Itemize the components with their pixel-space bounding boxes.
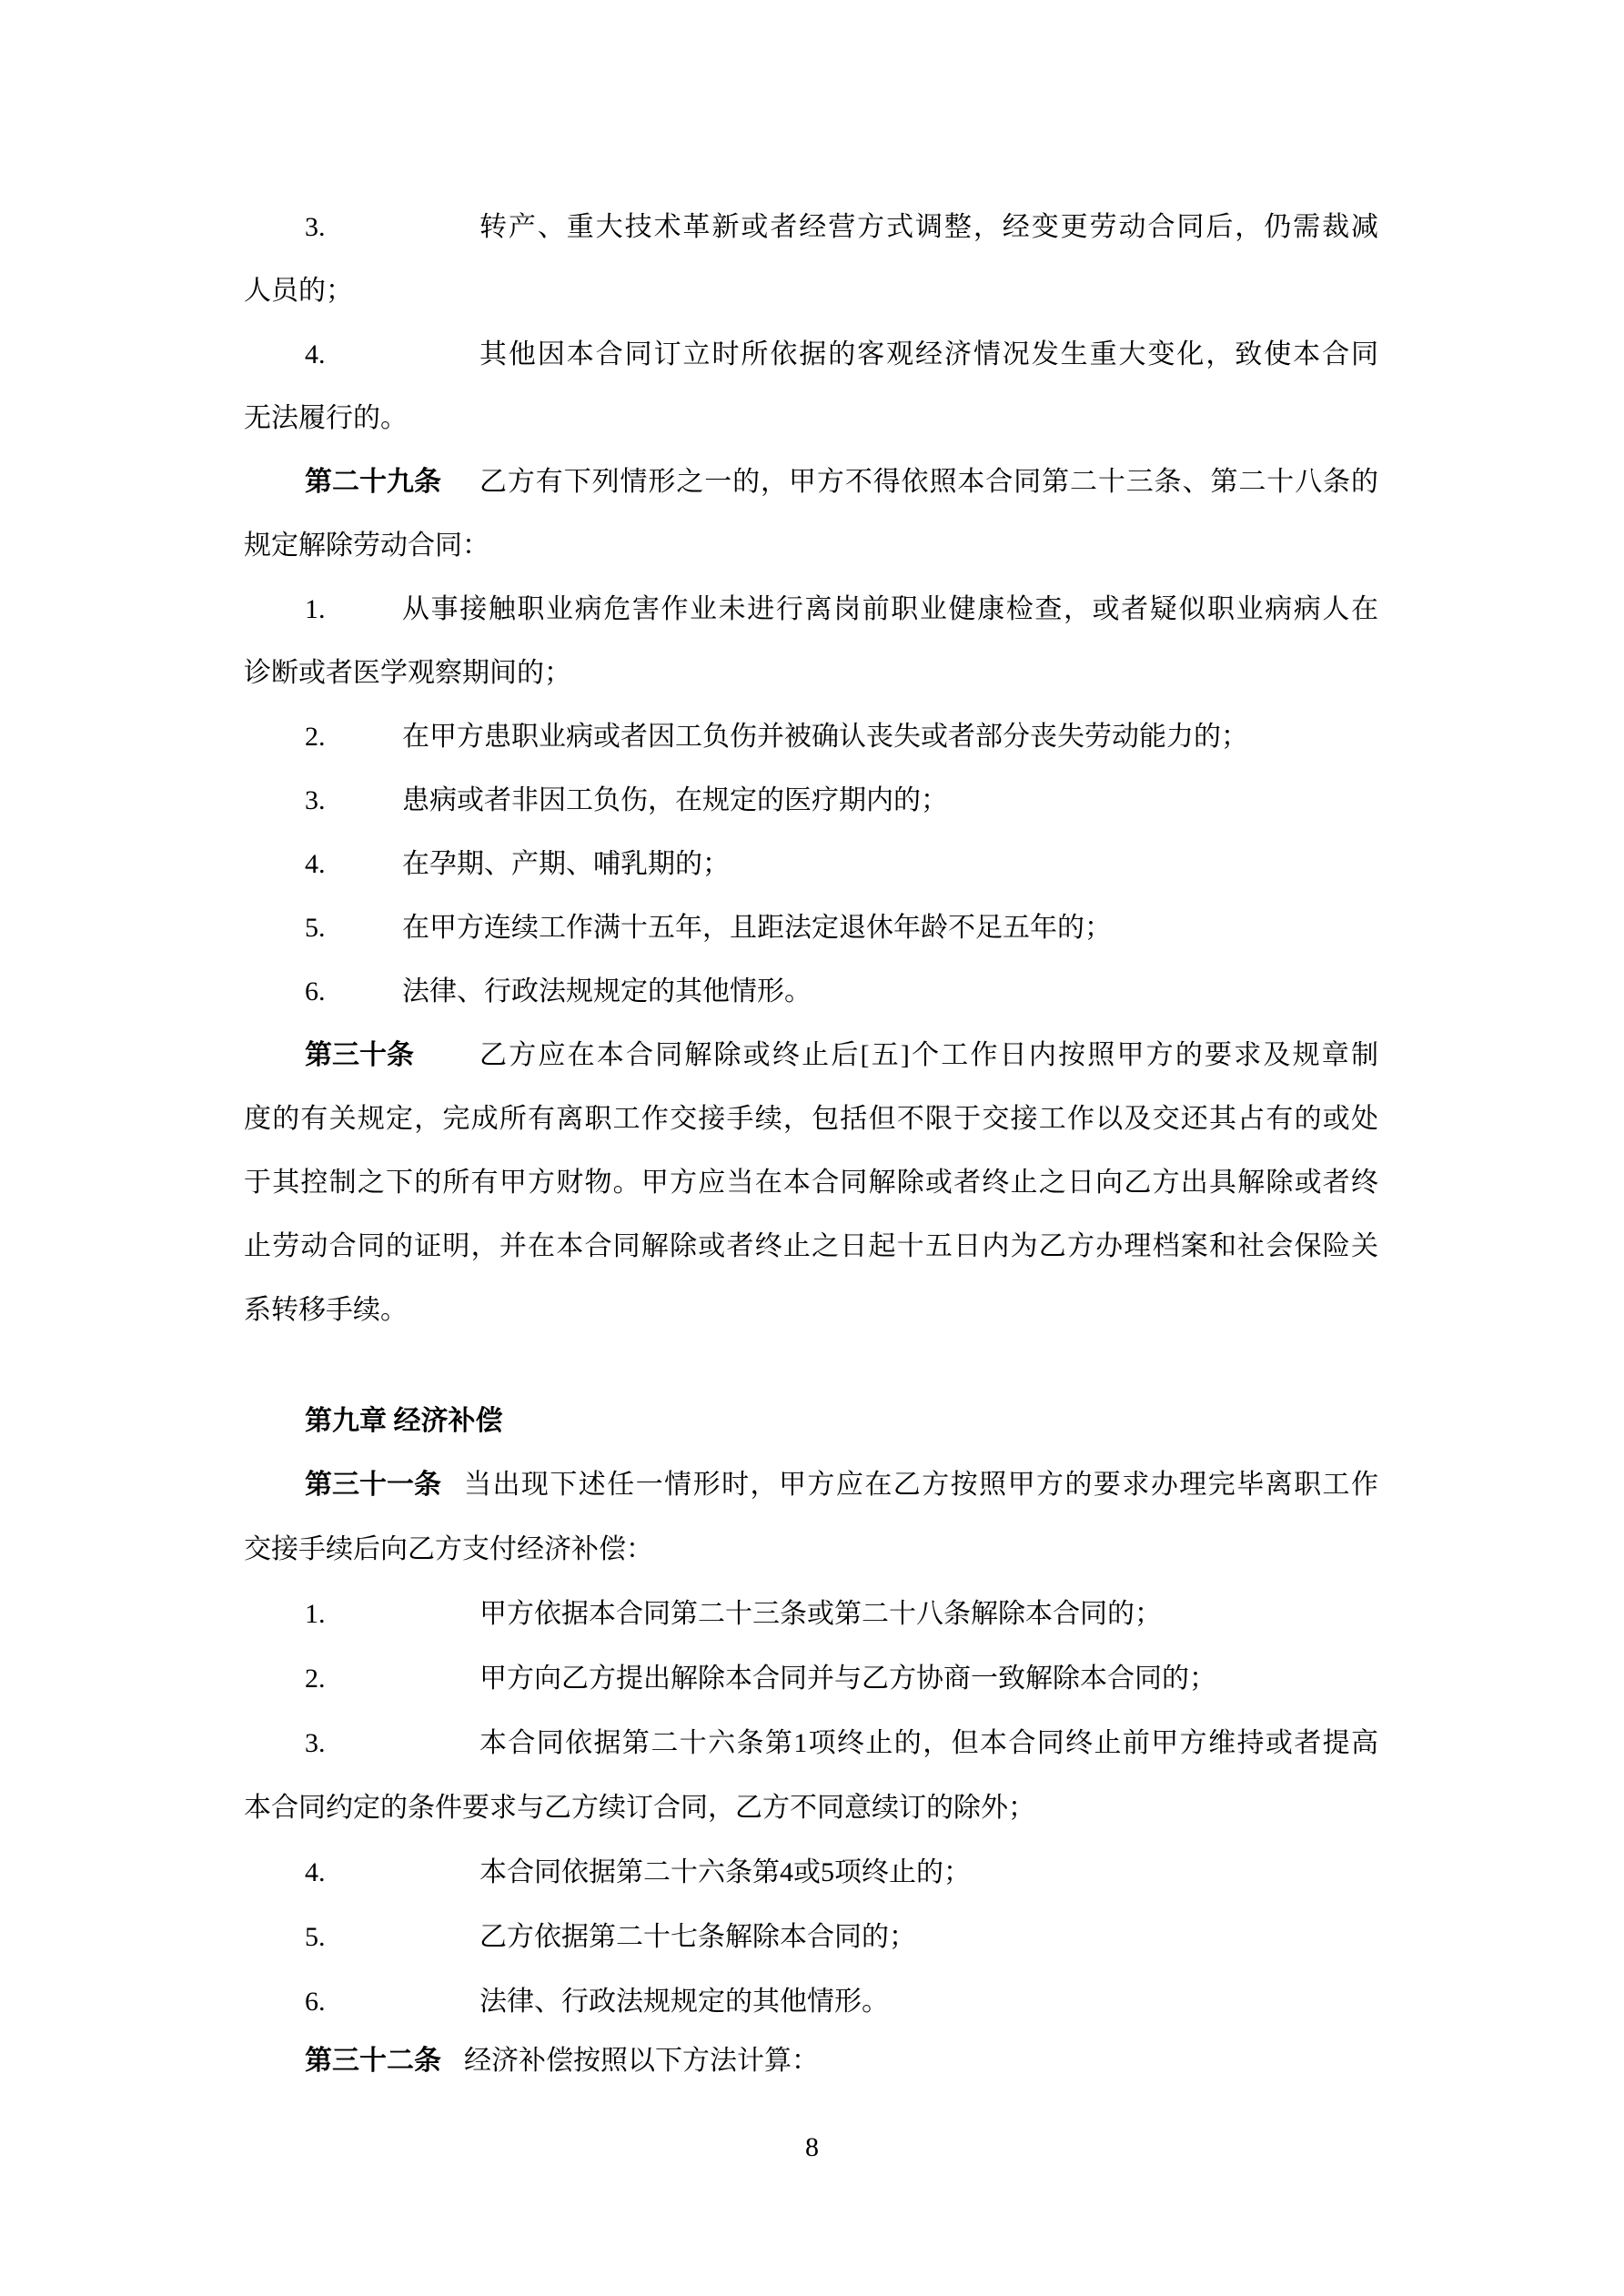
article-text: 乙方应在本合同解除或终止后[五]个工作日内按照甲方的要求及规章制: [479, 1024, 1378, 1087]
item-number: 6.: [305, 960, 326, 1024]
article-label: 第三十一条: [305, 1453, 441, 1517]
item-number: 3.: [305, 196, 326, 259]
paragraph-line: 规定解除劳动合同：: [0, 514, 1624, 578]
list-item-line: 3. 本合同依据第二十六条第1项终止的，但本合同终止前甲方维持或者提高: [0, 1712, 1624, 1775]
paragraph-text: 诊断或者医学观察期间的；: [244, 642, 571, 705]
item-number: 6.: [305, 1970, 326, 2034]
article-line: 第三十一条 当出现下述任一情形时，甲方应在乙方按照甲方的要求办理完毕离职工作: [0, 1453, 1624, 1517]
item-number: 3.: [305, 769, 326, 833]
article-text: 乙方有下列情形之一的，甲方不得依照本合同第二十三条、第二十八条的: [479, 450, 1378, 514]
item-text: 从事接触职业病危害作业未进行离岗前职业健康检查，或者疑似职业病病人在: [402, 578, 1378, 642]
item-number: 1.: [305, 578, 326, 642]
item-number: 5.: [305, 1906, 326, 1969]
item-text: 在孕期、产期、哺乳期的；: [402, 833, 730, 896]
chapter-heading: 第九章 经济补偿: [305, 1390, 503, 1453]
list-item-line: 2. 在甲方患职业病或者因工负伤并被确认丧失或者部分丧失劳动能力的；: [0, 705, 1624, 769]
paragraph-text: 系转移手续。: [244, 1279, 408, 1342]
article-line: 第三十二条 经济补偿按照以下方法计算：: [0, 2029, 1624, 2093]
paragraph-text: 于其控制之下的所有甲方财物。甲方应当在本合同解除或者终止之日向乙方出具解除或者终: [244, 1151, 1378, 1215]
page-number-line: 8: [0, 2116, 1624, 2180]
article-label: 第二十九条: [305, 450, 441, 514]
article-text: 经济补偿按照以下方法计算：: [464, 2029, 819, 2093]
item-number: 4.: [305, 833, 326, 896]
list-item-line: 5. 在甲方连续工作满十五年，且距法定退休年龄不足五年的；: [0, 896, 1624, 960]
list-item-line: 3. 转产、重大技术革新或者经营方式调整，经变更劳动合同后，仍需裁减: [0, 196, 1624, 259]
list-item-line: 4. 本合同依据第二十六条第4或5项终止的；: [0, 1841, 1624, 1905]
paragraph-line: 交接手续后向乙方支付经济补偿：: [0, 1518, 1624, 1582]
list-item-line: 5. 乙方依据第二十七条解除本合同的；: [0, 1906, 1624, 1969]
item-text: 甲方向乙方提出解除本合同并与乙方协商一致解除本合同的；: [479, 1647, 1216, 1711]
item-number: 3.: [305, 1712, 326, 1775]
item-text: 乙方依据第二十七条解除本合同的；: [479, 1906, 916, 1969]
list-item-line: 4. 其他因本合同订立时所依据的客观经济情况发生重大变化，致使本合同: [0, 323, 1624, 387]
article-text: 当出现下述任一情形时，甲方应在乙方按照甲方的要求办理完毕离职工作: [464, 1453, 1378, 1517]
paragraph-text: 交接手续后向乙方支付经济补偿：: [244, 1518, 653, 1582]
paragraph-text: 本合同约定的条件要求与乙方续订合同，乙方不同意续订的除外；: [244, 1776, 1035, 1840]
item-text: 在甲方患职业病或者因工负伤并被确认丧失或者部分丧失劳动能力的；: [402, 705, 1248, 769]
list-item-line: 6. 法律、行政法规规定的其他情形。: [0, 960, 1624, 1024]
contract-document-page: 3. 转产、重大技术革新或者经营方式调整，经变更劳动合同后，仍需裁减 人员的； …: [0, 0, 1624, 2296]
paragraph-text: 人员的；: [244, 259, 353, 323]
item-text: 本合同依据第二十六条第4或5项终止的；: [479, 1841, 971, 1905]
paragraph-line: 系转移手续。: [0, 1279, 1624, 1342]
item-number: 5.: [305, 896, 326, 960]
item-text: 患病或者非因工负伤，在规定的医疗期内的；: [402, 769, 948, 833]
item-number: 4.: [305, 1841, 326, 1905]
item-number: 1.: [305, 1583, 326, 1646]
item-text: 转产、重大技术革新或者经营方式调整，经变更劳动合同后，仍需裁减: [479, 196, 1378, 259]
item-number: 2.: [305, 705, 326, 769]
paragraph-line: 本合同约定的条件要求与乙方续订合同，乙方不同意续订的除外；: [0, 1776, 1624, 1840]
paragraph-line: 人员的；: [0, 259, 1624, 323]
paragraph-text: 止劳动合同的证明，并在本合同解除或者终止之日起十五日内为乙方办理档案和社会保险关: [244, 1215, 1378, 1279]
item-text: 法律、行政法规规定的其他情形。: [402, 960, 812, 1024]
item-text: 在甲方连续工作满十五年，且距法定退休年龄不足五年的；: [402, 896, 1112, 960]
paragraph-line: 于其控制之下的所有甲方财物。甲方应当在本合同解除或者终止之日向乙方出具解除或者终: [0, 1151, 1624, 1215]
list-item-line: 2. 甲方向乙方提出解除本合同并与乙方协商一致解除本合同的；: [0, 1647, 1624, 1711]
article-label: 第三十条: [305, 1024, 414, 1087]
item-text: 本合同依据第二十六条第1项终止的，但本合同终止前甲方维持或者提高: [479, 1712, 1378, 1775]
item-text: 法律、行政法规规定的其他情形。: [479, 1970, 889, 2034]
item-number: 4.: [305, 323, 326, 387]
item-text: 其他因本合同订立时所依据的客观经济情况发生重大变化，致使本合同: [479, 323, 1378, 387]
page-number: 8: [0, 2116, 1624, 2180]
paragraph-text: 规定解除劳动合同：: [244, 514, 489, 578]
article-line: 第三十条 乙方应在本合同解除或终止后[五]个工作日内按照甲方的要求及规章制: [0, 1024, 1624, 1087]
item-number: 2.: [305, 1647, 326, 1711]
article-label: 第三十二条: [305, 2029, 441, 2093]
paragraph-line: 止劳动合同的证明，并在本合同解除或者终止之日起十五日内为乙方办理档案和社会保险关: [0, 1215, 1624, 1279]
item-text: 甲方依据本合同第二十三条或第二十八条解除本合同的；: [479, 1583, 1162, 1646]
list-item-line: 1. 甲方依据本合同第二十三条或第二十八条解除本合同的；: [0, 1583, 1624, 1646]
paragraph-line: 诊断或者医学观察期间的；: [0, 642, 1624, 705]
paragraph-line: 度的有关规定，完成所有离职工作交接手续，包括但不限于交接工作以及交还其占有的或处: [0, 1087, 1624, 1151]
article-line: 第二十九条 乙方有下列情形之一的，甲方不得依照本合同第二十三条、第二十八条的: [0, 450, 1624, 514]
list-item-line: 6. 法律、行政法规规定的其他情形。: [0, 1970, 1624, 2034]
chapter-heading-line: 第九章 经济补偿: [0, 1390, 1624, 1453]
list-item-line: 1. 从事接触职业病危害作业未进行离岗前职业健康检查，或者疑似职业病病人在: [0, 578, 1624, 642]
list-item-line: 4. 在孕期、产期、哺乳期的；: [0, 833, 1624, 896]
paragraph-text: 无法履行的。: [244, 387, 408, 450]
list-item-line: 3. 患病或者非因工负伤，在规定的医疗期内的；: [0, 769, 1624, 833]
paragraph-line: 无法履行的。: [0, 387, 1624, 450]
paragraph-text: 度的有关规定，完成所有离职工作交接手续，包括但不限于交接工作以及交还其占有的或处: [244, 1087, 1378, 1151]
